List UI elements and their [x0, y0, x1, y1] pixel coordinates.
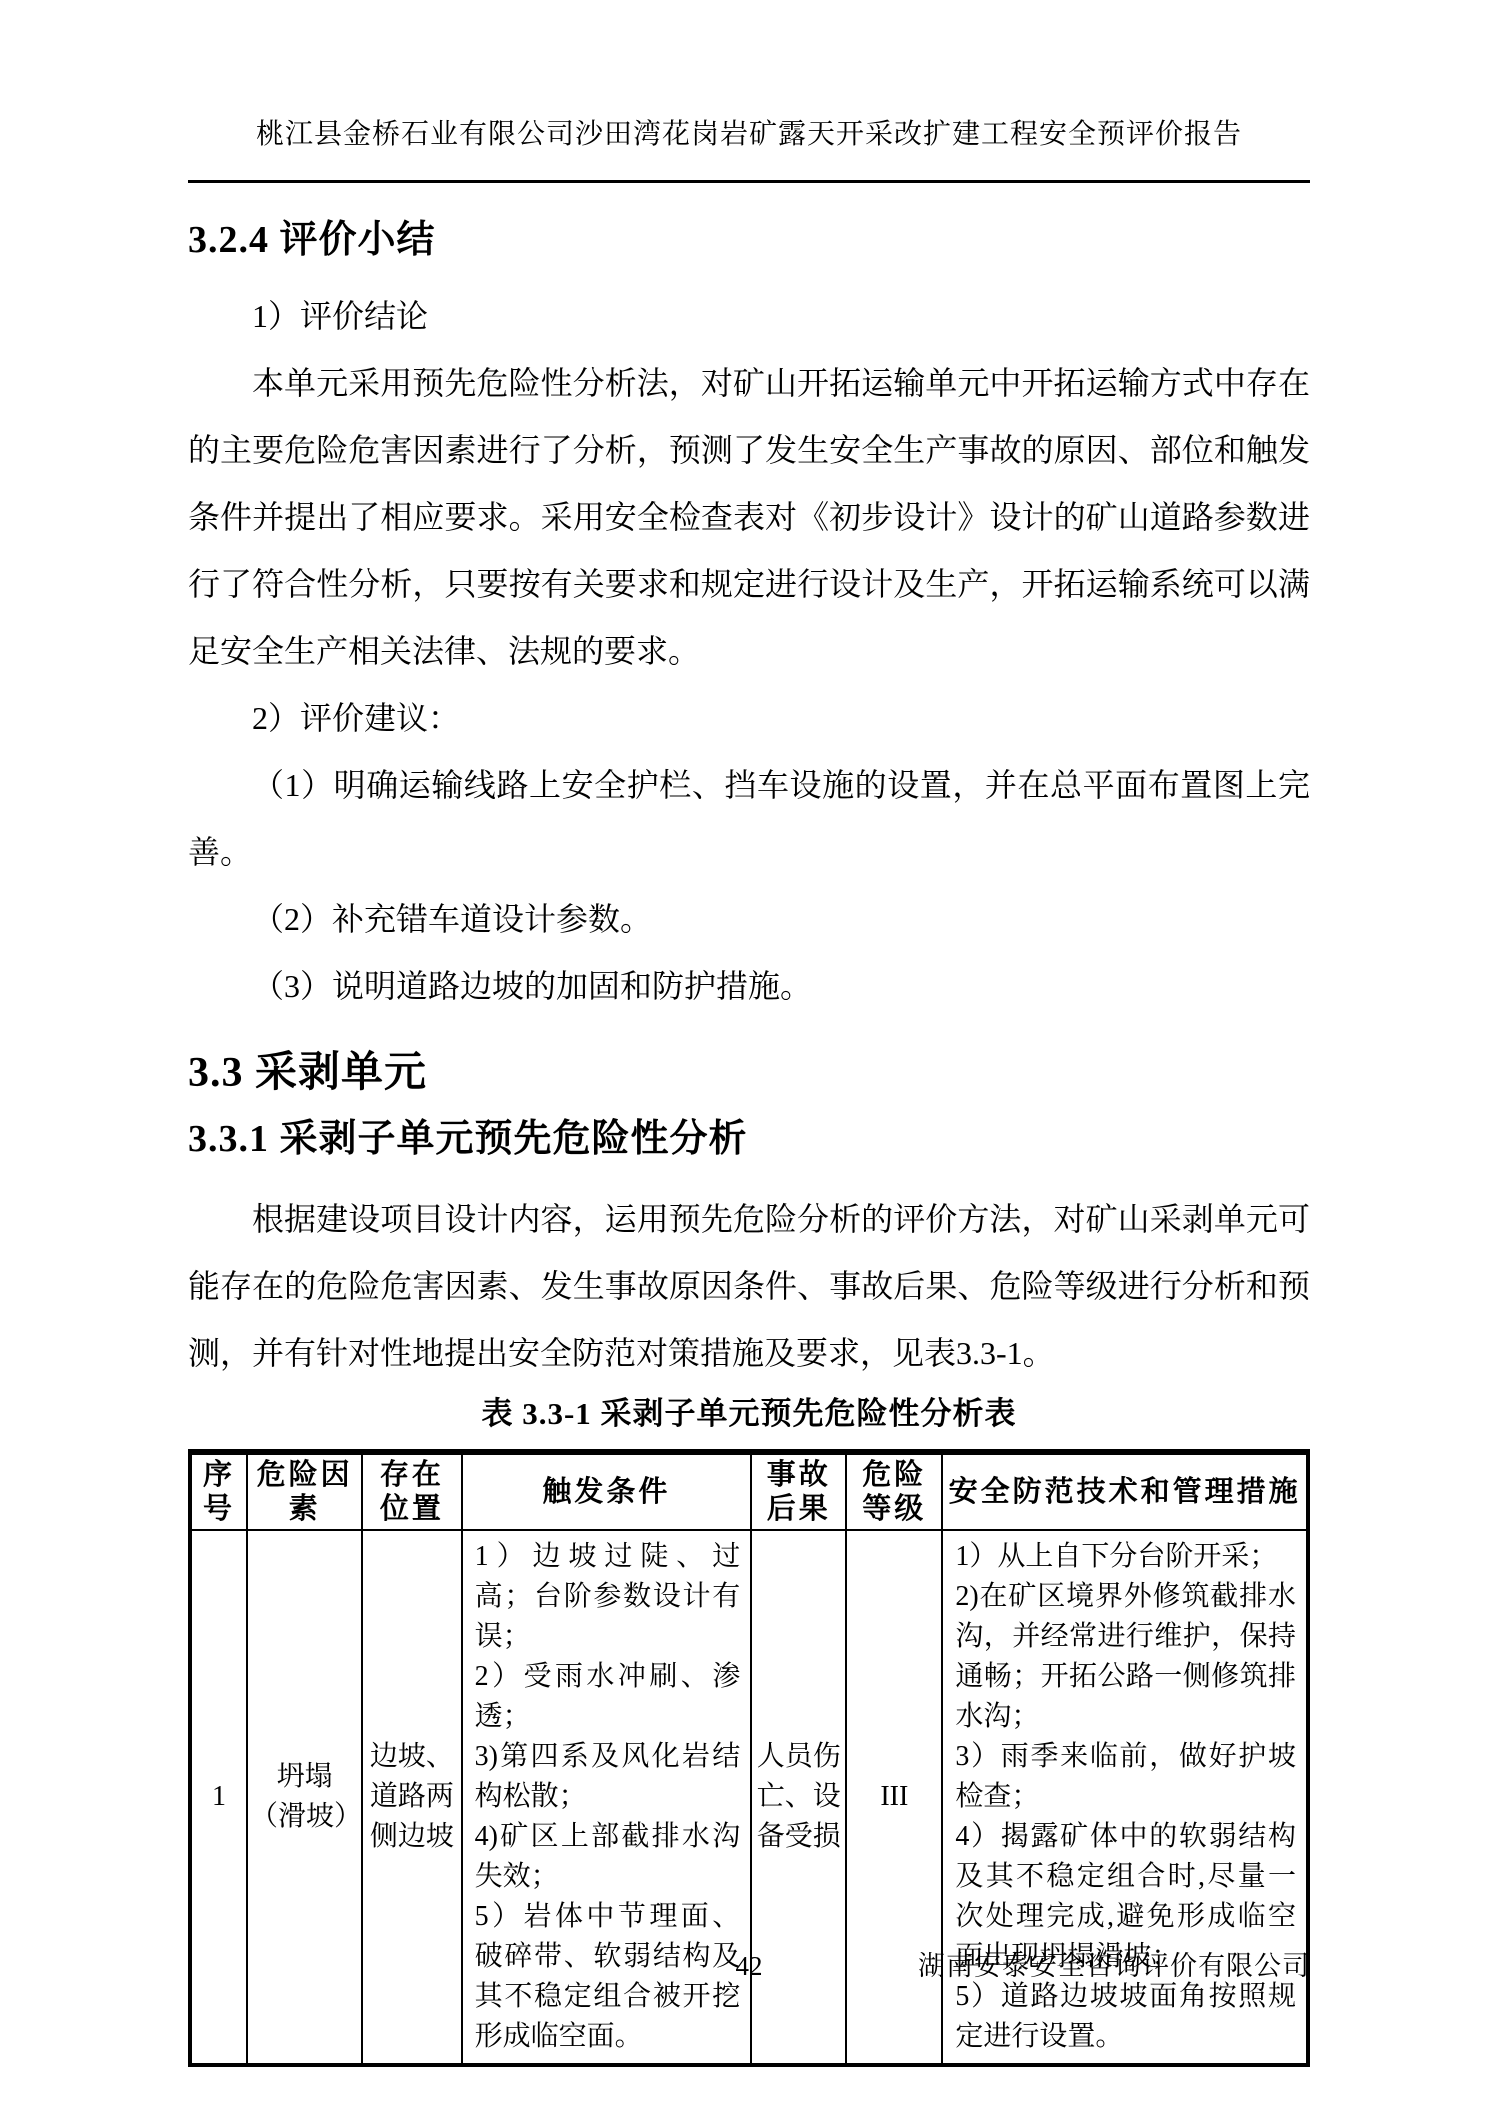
suggestion-item-3: （3）说明道路边坡的加固和防护措施。 — [188, 953, 1310, 1020]
running-header-title: 桃江县金桥石业有限公司沙田湾花岗岩矿露天开采改扩建工程安全预评价报告 — [256, 119, 1242, 150]
table-header-row: 序号 危险因素 存在位置 触发条件 事故后果 危险等级 安全防范技术和管理措施 — [190, 1452, 1308, 1530]
table-caption: 表 3.3-1 采剥子单元预先危险性分析表 — [188, 1391, 1310, 1437]
column-header-trigger: 触发条件 — [462, 1452, 752, 1530]
footer-page-number: 42 — [736, 1946, 763, 1986]
section-heading-3-3: 3.3 采剥单元 — [188, 1046, 1310, 1100]
analysis-paragraph: 根据建设项目设计内容，运用预先危险分析的评价方法，对矿山采剥单元可能存在的危险危… — [188, 1186, 1310, 1387]
section-heading-3-3-1: 3.3.1 采剥子单元预先危险性分析 — [188, 1114, 1310, 1164]
column-header-no: 序号 — [190, 1452, 247, 1530]
conclusion-paragraph: 本单元采用预先危险性分析法，对矿山开拓运输单元中开拓运输方式中存在的主要危险危害… — [188, 350, 1310, 685]
running-footer: 42 湖南安泰安全咨询评价有限公司 — [188, 1946, 1310, 1986]
column-header-hazard: 危险因素 — [247, 1452, 362, 1530]
section-heading-3-2-4: 3.2.4 评价小结 — [188, 215, 1310, 265]
suggestion-item-1: （1）明确运输线路上安全护栏、挡车设施的设置，并在总平面布置图上完善。 — [188, 752, 1310, 886]
footer-company: 湖南安泰安全咨询评价有限公司 — [918, 1946, 1310, 1986]
column-header-consequence: 事故后果 — [751, 1452, 846, 1530]
document-page: 桃江县金桥石业有限公司沙田湾花岗岩矿露天开采改扩建工程安全预评价报告 3.2.4… — [0, 0, 1488, 2104]
suggestion-item-2: （2）补充错车道设计参数。 — [188, 886, 1310, 953]
running-header: 桃江县金桥石业有限公司沙田湾花岗岩矿露天开采改扩建工程安全预评价报告 — [188, 0, 1310, 183]
column-header-level: 危险等级 — [846, 1452, 942, 1530]
suggestion-label: 2）评价建议： — [188, 685, 1310, 752]
column-header-measures: 安全防范技术和管理措施 — [942, 1452, 1308, 1530]
column-header-location: 存在位置 — [362, 1452, 462, 1530]
page-content: 桃江县金桥石业有限公司沙田湾花岗岩矿露天开采改扩建工程安全预评价报告 3.2.4… — [188, 0, 1310, 2067]
conclusion-label: 1）评价结论 — [188, 283, 1310, 350]
